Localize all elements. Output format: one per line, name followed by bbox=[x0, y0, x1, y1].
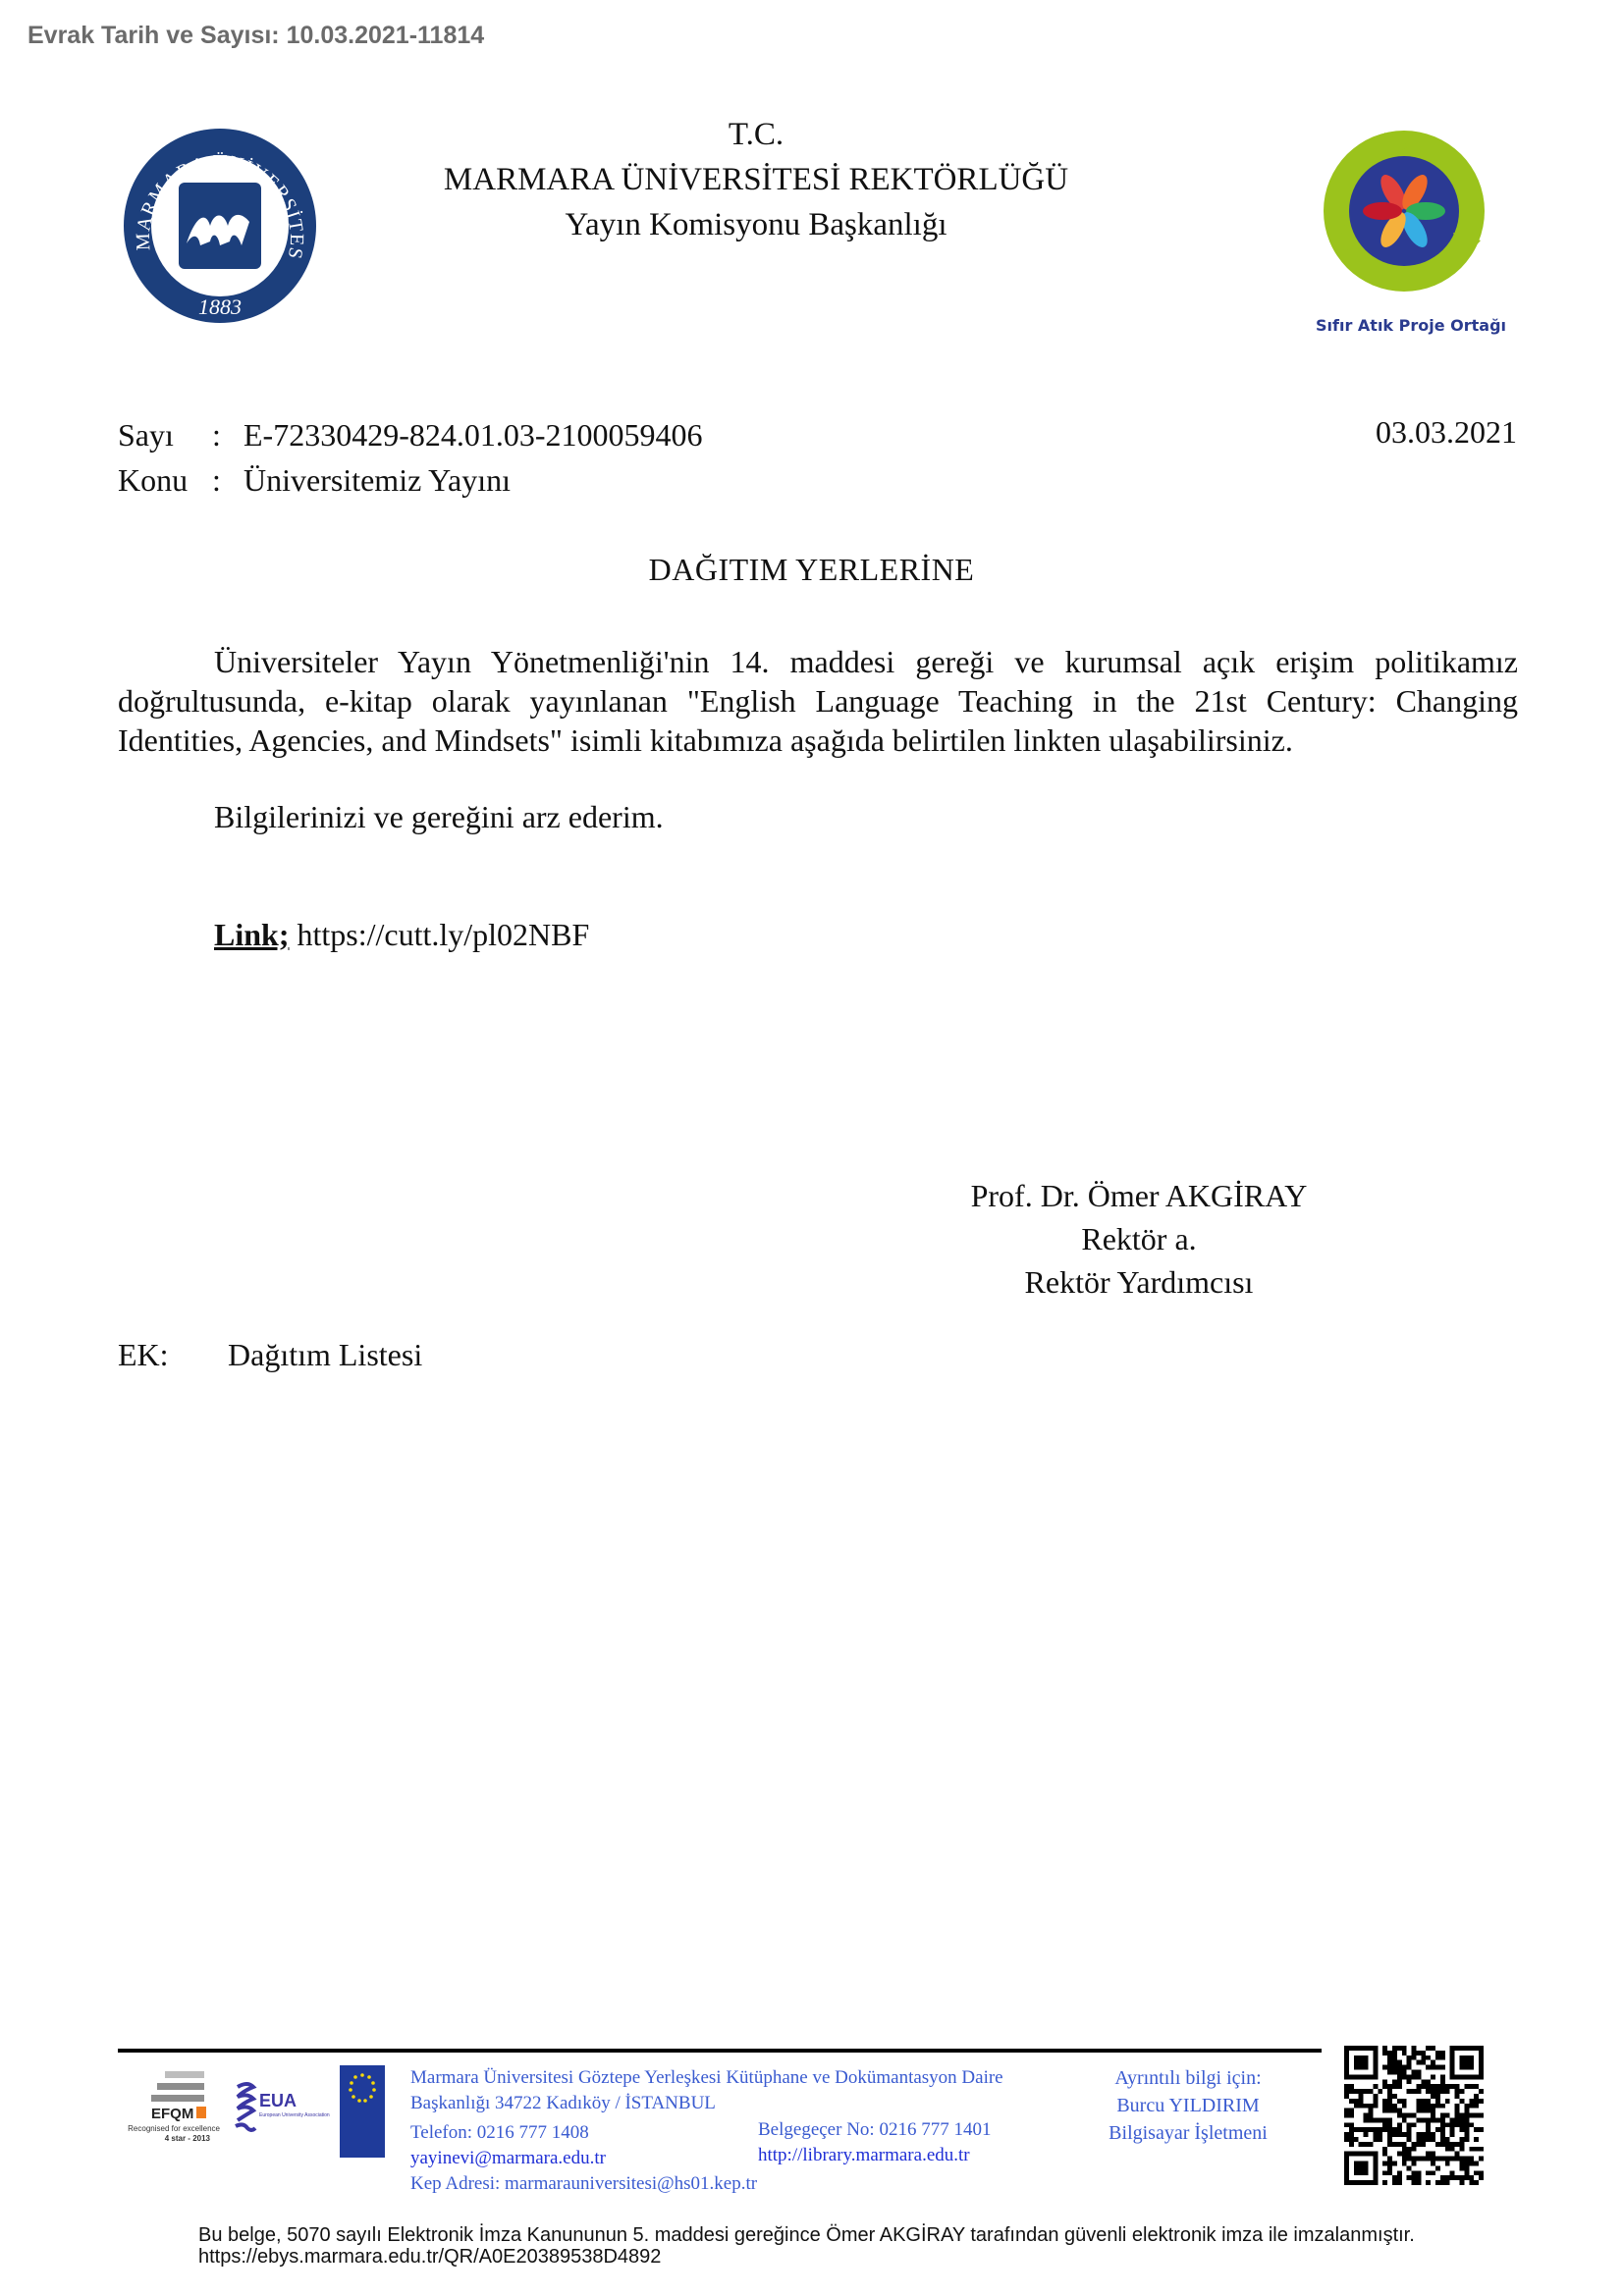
attachment-value: Dağıtım Listesi bbox=[228, 1337, 422, 1372]
header-university: MARMARA ÜNİVERSİTESİ REKTÖRLÜĞÜ bbox=[0, 157, 1512, 202]
eua-badge-icon: EUA European University Association bbox=[234, 2079, 332, 2138]
signatory-name: Prof. Dr. Ömer AKGİRAY bbox=[884, 1174, 1394, 1217]
footer-fax-web-block: Belgegeçer No: 0216 777 1401 http://libr… bbox=[758, 2117, 991, 2168]
konu-value: Üniversitemiz Yayını bbox=[243, 462, 511, 498]
sayi-label: Sayı bbox=[118, 412, 212, 457]
footer-address-line1: Marmara Üniversitesi Göztepe Yerleşkesi … bbox=[410, 2065, 1003, 2091]
footer-fax: Belgegeçer No: 0216 777 1401 bbox=[758, 2117, 991, 2143]
esign-notice: Bu belge, 5070 sayılı Elektronik İmza Ka… bbox=[198, 2224, 1475, 2268]
footer-kep: Kep Adresi: marmarauniversitesi@hs01.kep… bbox=[410, 2171, 1003, 2197]
header-commission: Yayın Komisyonu Başkanlığı bbox=[0, 202, 1512, 247]
contact-heading: Ayrıntılı bilgi için: bbox=[1080, 2064, 1296, 2092]
document-stamp: Evrak Tarih ve Sayısı: 10.03.2021-11814 bbox=[27, 22, 484, 50]
link-line: Link; https://cutt.ly/pl02NBF bbox=[214, 917, 589, 953]
zero-waste-recycle-icon bbox=[1316, 123, 1492, 299]
efqm-label: EFQM bbox=[151, 2106, 193, 2122]
link-label: Link; bbox=[214, 917, 289, 952]
document-date: 03.03.2021 bbox=[1376, 414, 1517, 451]
footer-contact-block: Ayrıntılı bilgi için: Burcu YILDIRIM Bil… bbox=[1080, 2064, 1296, 2147]
seal-year: 1883 bbox=[198, 294, 242, 319]
signature-block: Prof. Dr. Ömer AKGİRAY Rektör a. Rektör … bbox=[884, 1174, 1394, 1304]
signatory-title1: Rektör a. bbox=[884, 1217, 1394, 1260]
body-paragraph: Üniversiteler Yayın Yönetmenliği'nin 14.… bbox=[118, 642, 1518, 760]
signatory-title2: Rektör Yardımcısı bbox=[884, 1260, 1394, 1304]
addressee: DAĞITIM YERLERİNE bbox=[0, 552, 1623, 588]
zero-waste-caption: Sıfır Atık Proje Ortağı bbox=[1316, 316, 1512, 335]
efqm-sub2: 4 star - 2013 bbox=[122, 2134, 210, 2143]
qr-code-icon[interactable] bbox=[1344, 2046, 1484, 2185]
book-link[interactable]: https://cutt.ly/pl02NBF bbox=[297, 917, 589, 952]
contact-name: Burcu YILDIRIM bbox=[1080, 2092, 1296, 2119]
eua-label: EUA bbox=[259, 2091, 297, 2111]
eu-diploma-supplement-icon bbox=[340, 2065, 385, 2158]
footer-divider bbox=[118, 2049, 1322, 2053]
attachment-row: EK:Dağıtım Listesi bbox=[118, 1337, 422, 1373]
sayi-value: E-72330429-824.01.03-2100059406 bbox=[243, 417, 703, 453]
attachment-label: EK: bbox=[118, 1337, 228, 1373]
eua-sub: European University Association bbox=[259, 2112, 338, 2118]
konu-label: Konu bbox=[118, 457, 212, 503]
sayi-colon: : bbox=[212, 412, 243, 457]
sayi-row: Sayı:E-72330429-824.01.03-2100059406 bbox=[118, 412, 703, 457]
konu-colon: : bbox=[212, 457, 243, 503]
contact-role: Bilgisayar İşletmeni bbox=[1080, 2119, 1296, 2147]
efqm-badge-icon: EFQM Recognised for excellence 4 star - … bbox=[122, 2071, 220, 2150]
closing-line: Bilgilerinizi ve gereğini arz ederim. bbox=[214, 799, 664, 835]
efqm-sub1: Recognised for excellence bbox=[122, 2124, 220, 2133]
footer-address-line2: Başkanlığı 34722 Kadıköy / İSTANBUL bbox=[410, 2091, 1003, 2116]
header-tc: T.C. bbox=[0, 112, 1512, 157]
footer-website[interactable]: http://library.marmara.edu.tr bbox=[758, 2143, 991, 2168]
konu-row: Konu:Üniversitemiz Yayını bbox=[118, 457, 511, 503]
